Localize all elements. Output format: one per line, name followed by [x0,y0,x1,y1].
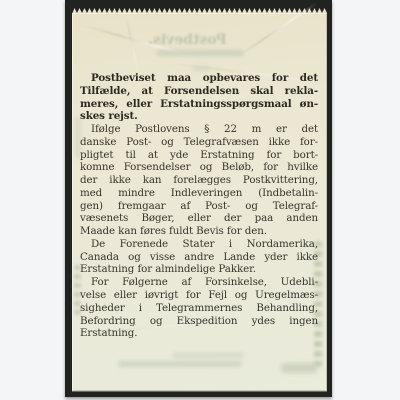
text-line: meres, eller Erstatningsspørgsmaal øn- [80,98,318,111]
text-line: For Følgerne af Forsinkelse, Udebli- [80,276,318,289]
text-line: pligtet til at yde Erstatning for bort- [80,149,318,162]
text-line: Erstatning. [80,327,318,340]
paragraph: Postbeviset maa opbevares for detTilfæld… [80,72,318,123]
text-line: danske Post- og Telegrafvæsen ikke for- [80,136,318,149]
receipt-text: Postbeviset maa opbevares for detTilfæld… [80,72,318,340]
text-line: De Forenede Stater i Nordamerika, [80,238,318,251]
text-line: Postbeviset maa opbevares for det [80,72,318,85]
text-line: væsenets Bøger, eller der paa anden [80,212,318,225]
text-line: velse eller iøvrigt for Fejl og Uregelmæ… [80,289,318,302]
showthrough-smudge [281,363,317,373]
paragraph: De Forenede Stater i Nordamerika,Canada … [80,238,318,276]
scan-background: { "scan": { "background_color": "#f4f5f6… [0,0,400,400]
text-line: Befordring og Ekspedition ydes ingen [80,315,318,328]
text-line: der ikke kan forelægges Postkvittering, [80,174,318,187]
text-line: sigheder i Telegrammernes Behandling, [80,302,318,315]
text-line: med mindre Indleveringen (Indbetalin- [80,187,318,200]
paragraph: For Følgerne af Forsinkelse, Udebli-vels… [80,276,318,340]
text-line: Maade kan føres fuldt Bevis for den. [80,225,318,238]
paper-crease [124,12,139,75]
showthrough-smudge [156,50,244,56]
receipt-paper: Postbevis. Postbeviset maa opbevares for… [72,13,327,391]
showthrough-smudge [192,66,210,71]
showthrough-smudge [118,361,242,367]
paragraph: Ifølge Postlovens § 22 m er detdanske Po… [80,123,318,238]
showthrough-smudge [172,353,244,358]
text-line: skes rejst. [80,110,318,123]
text-line: Canada og visse andre Lande yder ikke [80,251,318,264]
text-line: komne Forsendelser og Beløb, for hvilke [80,161,318,174]
text-line: Ifølge Postlovens § 22 m er det [80,123,318,136]
photo-mat: Postbevis. Postbeviset maa opbevares for… [65,0,332,397]
text-line: Erstatning for almindelige Pakker. [80,263,318,276]
text-line: gen) fremgaar af Post- og Telegraf- [80,200,318,213]
showthrough-title: Postbevis. [148,32,227,48]
text-line: Tilfælde, at Forsendelsen skal rekla- [80,85,318,98]
